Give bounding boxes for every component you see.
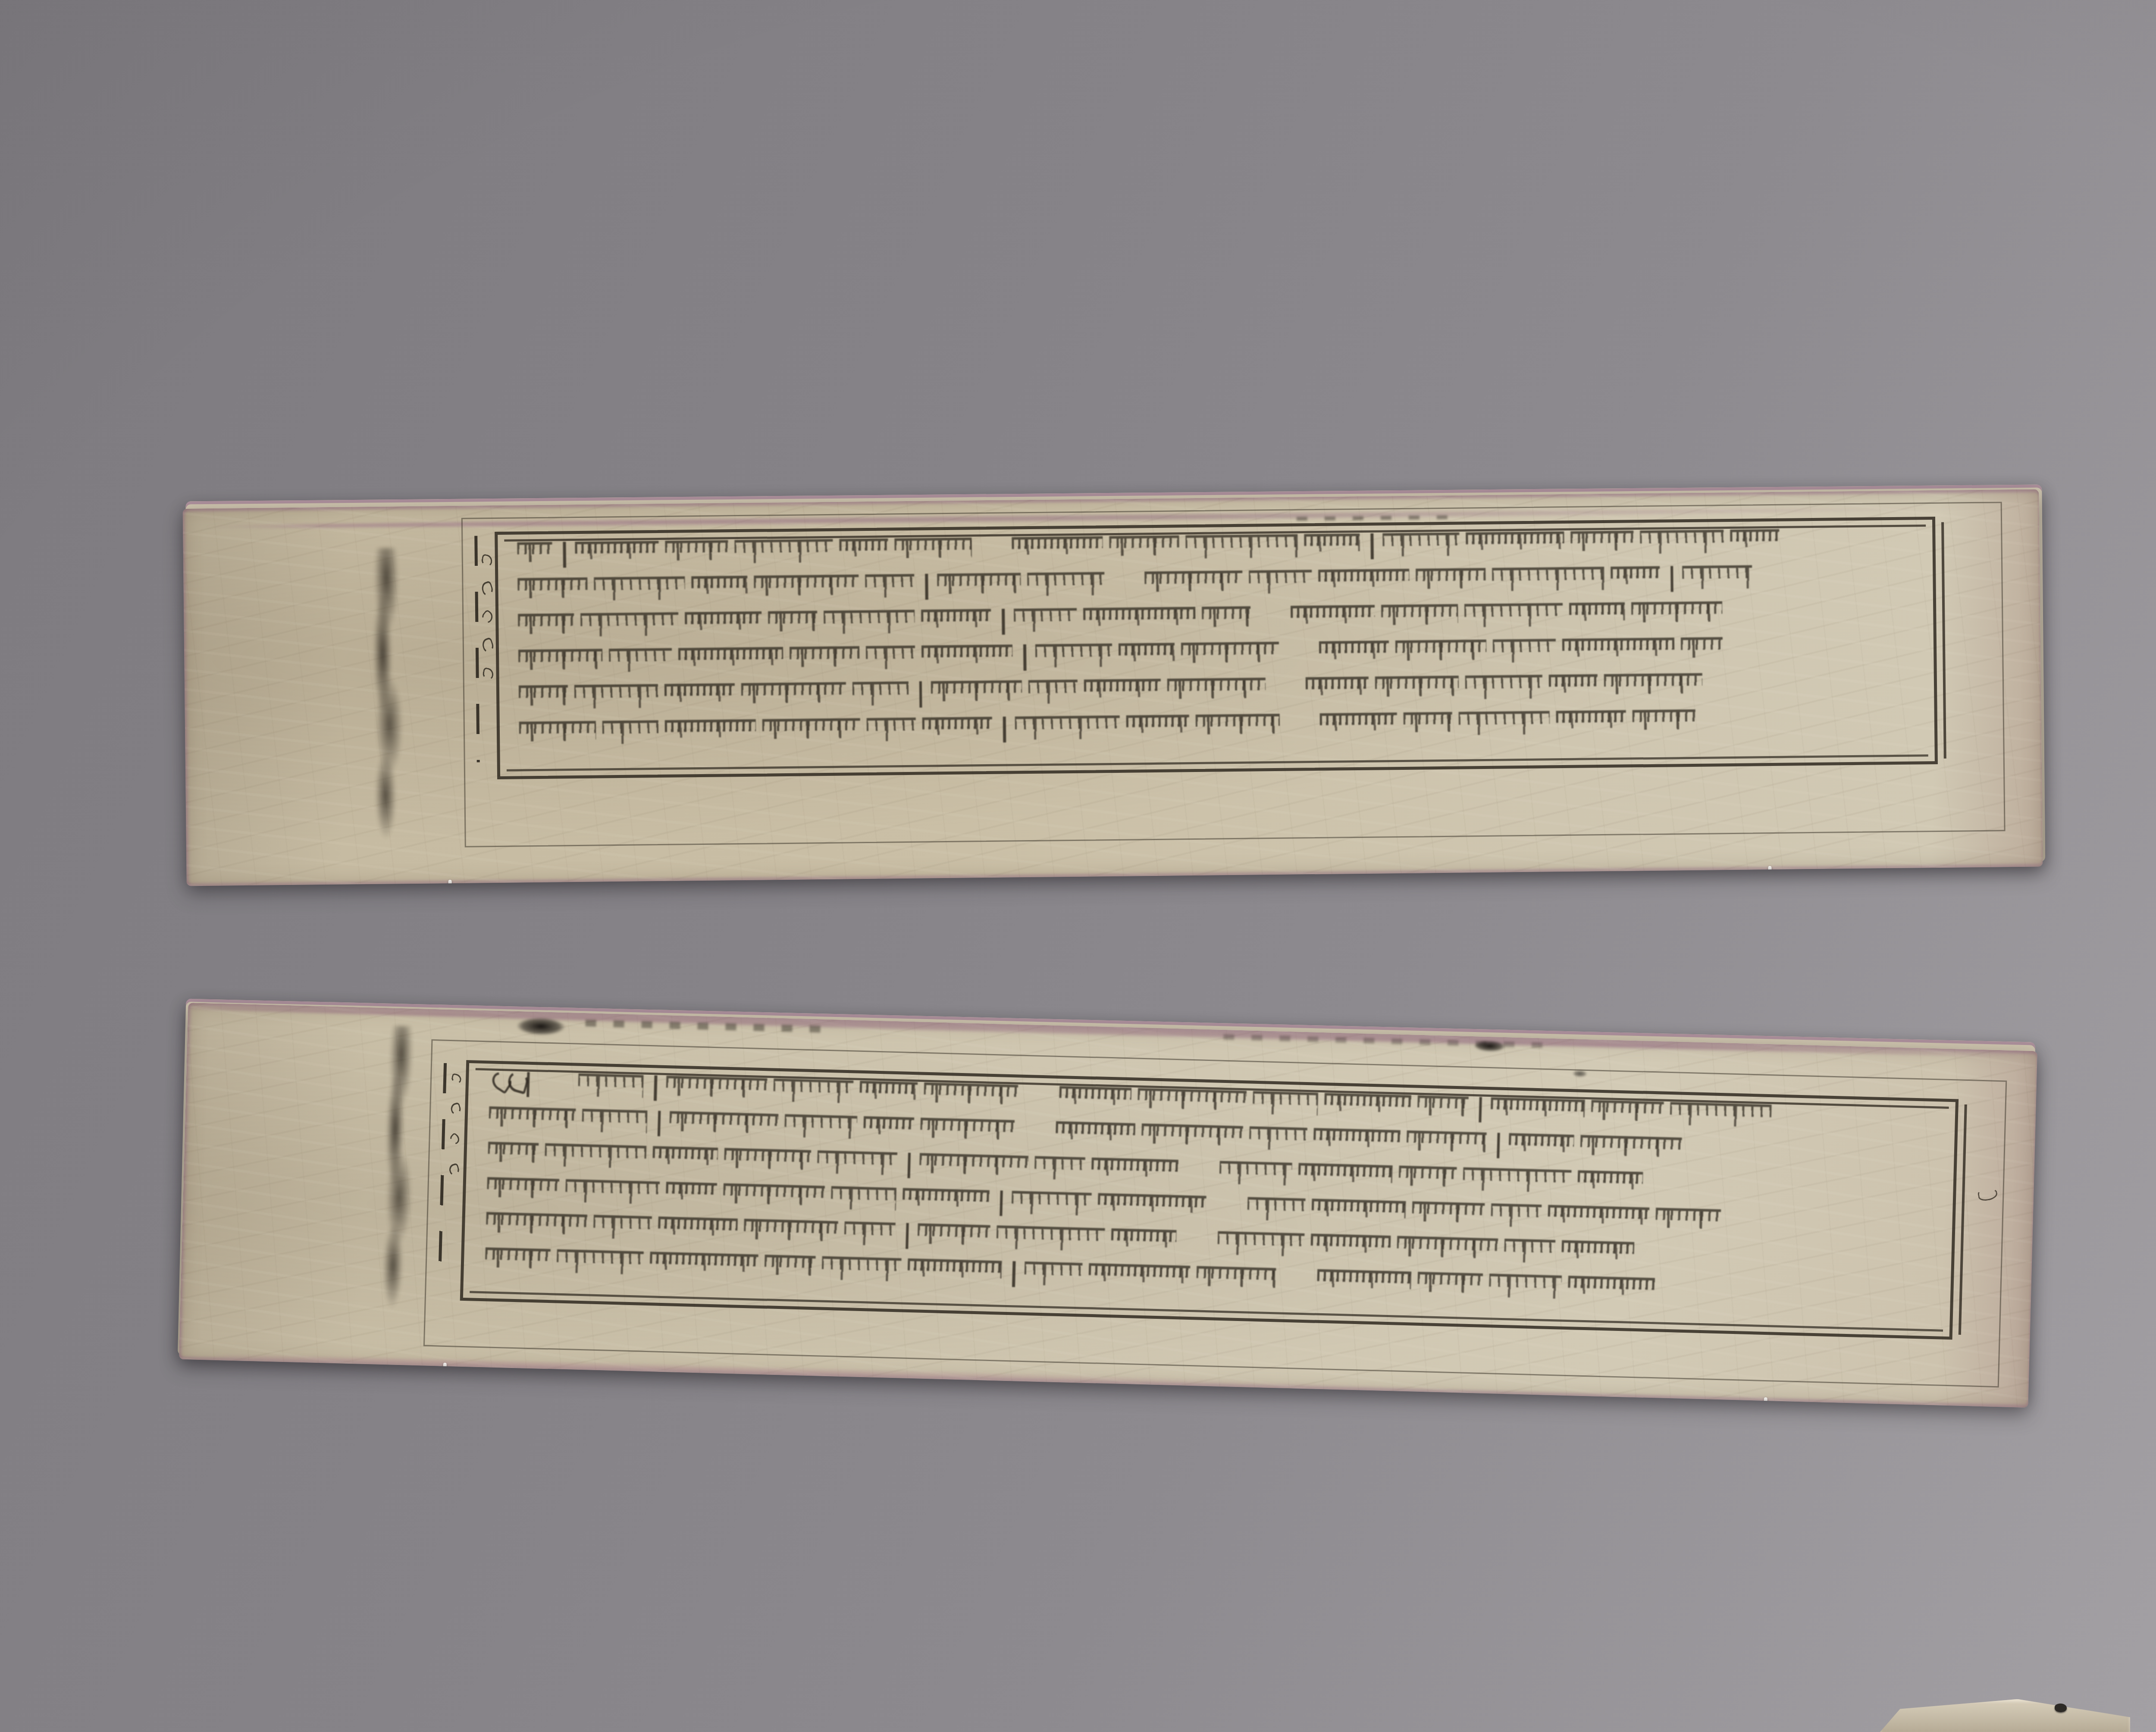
script-syllables xyxy=(1395,640,1486,661)
script-syllables xyxy=(1305,677,1368,695)
script-syllables xyxy=(741,682,846,703)
script-syllables xyxy=(1291,605,1375,623)
section-gap xyxy=(1021,1127,1056,1128)
script-syllables xyxy=(931,680,1022,701)
mounting-pin xyxy=(1764,1397,1767,1406)
script-syllables xyxy=(650,1252,759,1273)
script-syllables xyxy=(1397,1236,1498,1258)
ink-smudge-column xyxy=(367,548,407,843)
script-syllables xyxy=(1138,1088,1247,1111)
script-syllables xyxy=(1298,1163,1392,1183)
margin-glyph xyxy=(480,609,495,624)
script-syllables xyxy=(1611,566,1660,584)
script-syllables xyxy=(902,1188,989,1208)
script-syllables xyxy=(1111,1229,1177,1248)
shad-stroke xyxy=(1670,566,1673,592)
script-syllables xyxy=(582,1109,647,1134)
mounting-pin xyxy=(448,879,451,886)
script-syllables xyxy=(1491,1097,1585,1117)
leaf-paper xyxy=(179,1003,2037,1408)
script-syllables xyxy=(1548,674,1598,693)
shad-stroke xyxy=(925,574,928,599)
script-syllables xyxy=(1591,1100,1664,1122)
script-syllables xyxy=(1024,1262,1083,1286)
script-syllables xyxy=(1056,1121,1136,1141)
section-gap xyxy=(1213,1202,1247,1203)
script-syllables xyxy=(922,716,992,735)
script-syllables xyxy=(1088,1264,1190,1284)
script-syllables xyxy=(908,1259,1002,1279)
script-syllables xyxy=(1570,530,1633,551)
script-syllables xyxy=(754,574,859,596)
manuscript-leaf-lower xyxy=(179,1003,2037,1408)
script-syllables xyxy=(608,648,672,672)
margin-glyph xyxy=(480,580,495,597)
script-syllables xyxy=(773,1079,853,1104)
script-syllables xyxy=(685,611,762,630)
shad-stroke xyxy=(1000,1190,1003,1216)
script-syllables xyxy=(1083,607,1195,626)
script-syllables xyxy=(665,540,728,561)
script-syllables xyxy=(921,644,1012,663)
section-gap xyxy=(1257,612,1291,612)
script-syllables xyxy=(1249,1126,1307,1151)
script-syllables xyxy=(1312,1199,1406,1219)
script-syllables xyxy=(669,1111,778,1134)
script-syllables xyxy=(1398,1166,1457,1187)
section-gap xyxy=(978,543,1012,544)
section-gap xyxy=(1285,648,1319,648)
script-syllables xyxy=(1181,642,1279,663)
script-syllables xyxy=(1458,711,1550,735)
script-syllables xyxy=(488,1142,539,1163)
script-syllables xyxy=(1655,1208,1721,1229)
script-syllables xyxy=(1412,1201,1485,1223)
script-syllables xyxy=(1126,714,1189,733)
script-syllables xyxy=(894,537,971,559)
script-syllables xyxy=(658,1217,738,1237)
script-syllables xyxy=(1632,709,1695,730)
shad-stroke xyxy=(919,681,922,707)
manuscript-leaf-upper xyxy=(182,489,2043,886)
script-syllables xyxy=(1580,1135,1682,1158)
script-syllables xyxy=(1091,1158,1178,1177)
script-syllables xyxy=(1569,602,1625,621)
script-syllables xyxy=(578,1073,643,1098)
mounting-pin xyxy=(443,1363,447,1372)
script-syllables xyxy=(1604,673,1702,694)
script-syllables xyxy=(1631,601,1722,622)
section-gap xyxy=(1286,719,1319,720)
vertical-margin-annotation xyxy=(448,1074,463,1174)
script-syllables xyxy=(1504,1239,1555,1264)
script-syllables xyxy=(1578,1170,1643,1190)
script-syllables xyxy=(1375,676,1459,697)
script-syllables xyxy=(518,613,574,634)
script-syllables xyxy=(744,1219,838,1242)
shad-stroke xyxy=(907,1153,911,1179)
script-syllables xyxy=(1466,531,1564,550)
script-syllables xyxy=(1144,570,1242,591)
script-syllables xyxy=(1417,1095,1469,1117)
script-syllables xyxy=(489,1107,576,1129)
script-syllables xyxy=(863,1116,914,1135)
script-syllables xyxy=(1247,1197,1306,1221)
script-syllables xyxy=(1730,529,1779,547)
shad-stroke xyxy=(1479,1097,1482,1123)
script-syllables xyxy=(518,685,567,706)
script-syllables xyxy=(996,1226,1105,1252)
script-syllables xyxy=(1109,535,1179,556)
script-syllables xyxy=(1012,1191,1092,1216)
script-syllables xyxy=(919,1153,1028,1176)
script-syllables xyxy=(1561,1240,1634,1260)
script-syllables xyxy=(724,1148,811,1170)
script-syllables xyxy=(1304,533,1360,552)
script-syllables xyxy=(1011,536,1102,555)
script-syllables xyxy=(1670,1102,1771,1128)
script-syllables xyxy=(580,612,678,637)
script-syllables xyxy=(1493,639,1556,663)
script-syllables xyxy=(1509,1133,1574,1152)
script-syllables xyxy=(1217,1232,1305,1257)
shad-stroke xyxy=(1003,716,1006,742)
script-syllables xyxy=(1324,1093,1411,1113)
script-syllables xyxy=(821,1256,902,1281)
script-syllables xyxy=(1463,1167,1572,1193)
script-syllables xyxy=(734,539,833,563)
script-syllables xyxy=(839,538,888,557)
script-syllables xyxy=(1416,568,1486,588)
margin-glyph xyxy=(448,1133,461,1146)
script-syllables xyxy=(666,1182,717,1201)
script-syllables xyxy=(768,611,817,631)
shad-stroke xyxy=(1002,609,1005,634)
script-syllables xyxy=(1034,1156,1085,1181)
script-syllables xyxy=(652,1146,718,1165)
script-syllables xyxy=(678,647,783,666)
section-gap xyxy=(1282,1275,1317,1276)
script-syllables xyxy=(1465,675,1542,699)
script-syllables xyxy=(664,719,755,738)
script-syllables xyxy=(1562,637,1674,656)
script-syllables xyxy=(1118,643,1174,661)
script-syllables xyxy=(519,721,596,742)
script-syllables xyxy=(518,649,602,670)
section-gap xyxy=(1111,578,1144,578)
shad-stroke xyxy=(563,542,566,568)
script-syllables xyxy=(784,1114,857,1139)
section-gap xyxy=(544,1079,578,1080)
script-syllables xyxy=(594,576,685,600)
script-syllables xyxy=(517,577,588,598)
script-syllables xyxy=(1491,1203,1542,1228)
script-syllables xyxy=(593,1215,652,1240)
script-syllables xyxy=(817,1150,897,1175)
script-syllables xyxy=(1381,604,1458,625)
script-syllables xyxy=(574,540,658,559)
script-syllables xyxy=(852,681,908,706)
script-syllables xyxy=(866,646,915,669)
script-syllables xyxy=(1313,1128,1401,1148)
margin-glyph xyxy=(480,553,493,566)
script-syllables xyxy=(556,1249,644,1275)
script-syllables xyxy=(545,1143,646,1169)
shad-stroke xyxy=(1497,1133,1500,1159)
dark-pebble xyxy=(2055,1704,2067,1712)
third-leaf-corner xyxy=(1880,1699,2130,1732)
vertical-margin-annotation xyxy=(480,554,495,679)
section-gap xyxy=(1183,1237,1217,1238)
ink-smudge-column xyxy=(376,1026,419,1312)
script-syllables xyxy=(666,1076,768,1098)
script-syllables xyxy=(1084,679,1161,697)
script-syllables xyxy=(574,684,658,708)
script-syllables xyxy=(1318,568,1409,587)
script-text-block xyxy=(517,490,1920,882)
leaf-paper xyxy=(182,489,2043,886)
script-syllables xyxy=(1219,1161,1292,1186)
script-syllables xyxy=(517,542,552,562)
script-syllables xyxy=(1141,1123,1243,1146)
script-syllables xyxy=(1249,570,1312,594)
section-gap xyxy=(1025,1092,1059,1092)
script-syllables xyxy=(918,1224,990,1246)
script-syllables xyxy=(487,1177,560,1199)
script-syllables xyxy=(1464,603,1563,628)
margin-glyph xyxy=(480,637,495,653)
script-syllables xyxy=(565,1179,660,1205)
script-syllables xyxy=(1403,712,1452,732)
script-syllables xyxy=(1027,572,1104,596)
script-syllables xyxy=(1639,530,1724,554)
shad-stroke xyxy=(658,1111,661,1137)
script-syllables xyxy=(1319,640,1389,659)
script-syllables xyxy=(486,1212,587,1235)
photo-background: Photograph of two long narrow Tibetan pe… xyxy=(0,0,2156,1732)
script-syllables xyxy=(1319,712,1397,731)
script-syllables xyxy=(920,1118,1015,1140)
script-syllables xyxy=(1013,608,1077,632)
script-syllables xyxy=(1253,1091,1318,1116)
script-syllables xyxy=(830,1186,896,1211)
script-syllables xyxy=(1059,1086,1132,1105)
script-syllables xyxy=(937,573,1021,594)
shad-stroke xyxy=(906,1224,909,1249)
script-syllables xyxy=(765,1255,816,1276)
script-syllables xyxy=(1015,715,1120,740)
shad-stroke xyxy=(1023,644,1026,670)
script-syllables xyxy=(1185,534,1297,559)
script-syllables xyxy=(824,610,915,634)
script-syllables xyxy=(1417,1272,1483,1294)
script-syllables xyxy=(1382,532,1460,556)
script-syllables xyxy=(1682,565,1752,589)
script-syllables xyxy=(921,609,991,628)
script-syllables xyxy=(1196,1266,1276,1288)
script-text-block xyxy=(482,1011,1937,1406)
script-syllables xyxy=(1317,1270,1411,1290)
script-syllables xyxy=(1489,1274,1562,1299)
script-syllables xyxy=(602,720,658,744)
script-syllables xyxy=(1196,713,1280,734)
mounting-pin xyxy=(1768,866,1771,875)
shad-stroke xyxy=(1012,1261,1015,1287)
script-syllables xyxy=(1201,606,1250,627)
script-syllables xyxy=(865,574,914,597)
margin-glyph xyxy=(449,1102,462,1116)
yig-mgo-head-mark xyxy=(489,1071,533,1098)
script-syllables xyxy=(1556,710,1626,728)
script-syllables xyxy=(790,646,860,667)
script-syllables xyxy=(859,1081,918,1100)
shad-stroke xyxy=(1370,533,1373,559)
script-syllables xyxy=(723,1183,825,1206)
script-syllables xyxy=(1097,1193,1206,1214)
section-gap xyxy=(1185,1167,1219,1167)
script-syllables xyxy=(485,1248,550,1269)
margin-glyph xyxy=(482,667,495,680)
script-syllables xyxy=(762,718,860,739)
script-syllables xyxy=(1035,643,1112,668)
script-syllables xyxy=(1407,1130,1487,1152)
script-syllables xyxy=(1680,637,1723,658)
margin-glyph xyxy=(451,1073,463,1084)
script-syllables xyxy=(691,575,747,594)
script-syllables xyxy=(1310,1234,1391,1254)
script-syllables xyxy=(1548,1205,1650,1225)
section-gap xyxy=(1272,684,1305,684)
script-syllables xyxy=(867,717,916,741)
shad-stroke xyxy=(654,1076,657,1101)
script-syllables xyxy=(664,683,735,702)
script-syllables xyxy=(1028,680,1078,703)
script-syllables xyxy=(1568,1276,1655,1296)
script-syllables xyxy=(924,1082,1018,1105)
script-syllables xyxy=(1167,678,1266,699)
script-syllables xyxy=(844,1222,896,1246)
script-syllables xyxy=(1492,567,1604,591)
